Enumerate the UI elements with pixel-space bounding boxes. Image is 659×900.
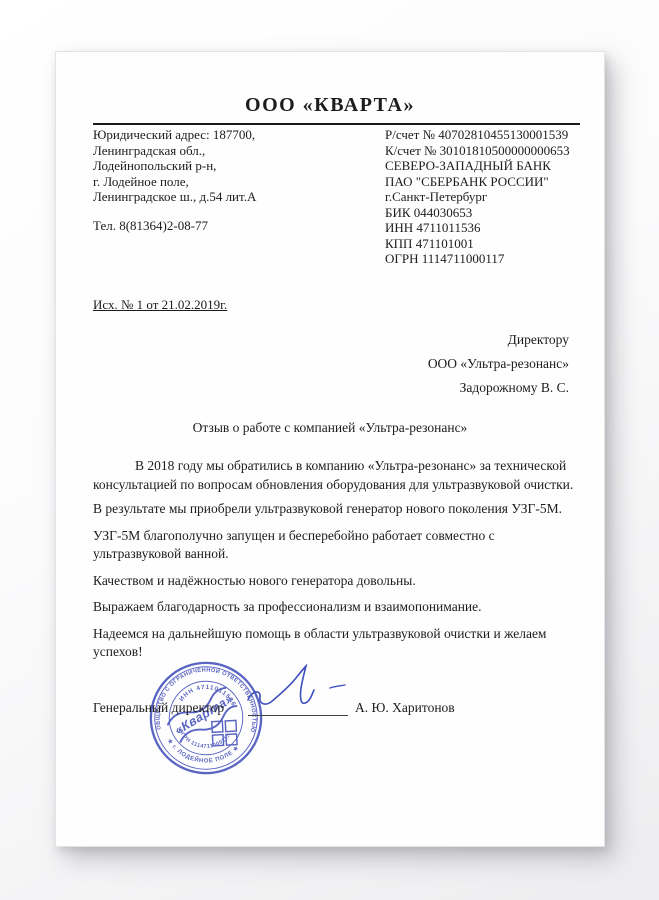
signatory-name: А. Ю. Харитонов xyxy=(355,700,455,716)
signature-section: ОБЩЕСТВО С ОГРАНИЧЕННОЙ ОТВЕТСТВЕННОСТЬЮ… xyxy=(93,652,581,837)
company-title: ООО «КВАРТА» xyxy=(56,94,604,117)
bank-detail-line: БИК 044030653 xyxy=(385,205,570,221)
logo-square xyxy=(225,720,236,731)
address-line: Ленинградская обл., xyxy=(93,143,256,159)
handwritten-signature xyxy=(241,662,355,714)
bank-detail-line: г.Санкт-Петербург xyxy=(385,189,570,205)
bank-detail-line: ОГРН 1114711000117 xyxy=(385,251,570,267)
addressee-line: ООО «Ультра-резонанс» xyxy=(428,352,569,376)
signatory-position: Генеральный директор xyxy=(93,700,224,716)
paragraph: Качеством и надёжностью нового генератор… xyxy=(93,572,581,591)
bank-details-block: Р/счет № 40702810455130001539 К/счет № 3… xyxy=(385,127,570,267)
legal-address-block: Юридический адрес: 187700, Ленинградская… xyxy=(93,127,256,233)
scanned-letter-canvas: { "page": { "company_title": "ООО «КВАРТ… xyxy=(0,0,659,900)
address-line: г. Лодейное поле, xyxy=(93,174,256,190)
address-line: Юридический адрес: 187700, xyxy=(93,127,256,143)
paragraph: В 2018 году мы обратились в компанию «Ул… xyxy=(93,457,581,494)
document-page: ООО «КВАРТА» Юридический адрес: 187700, … xyxy=(55,51,605,847)
bank-detail-line: СЕВЕРО-ЗАПАДНЫЙ БАНК xyxy=(385,158,570,174)
addressee-line: Директору xyxy=(428,328,569,352)
paragraph: УЗГ-5М благополучно запущен и бесперебой… xyxy=(93,527,581,564)
bank-detail-line: КПП 471101001 xyxy=(385,236,570,252)
signature-stroke xyxy=(248,666,314,704)
address-line: Лодейнопольский р-н, xyxy=(93,158,256,174)
bank-detail-line: Р/счет № 40702810455130001539 xyxy=(385,127,570,143)
address-line: Ленинградское ш., д.54 лит.А xyxy=(93,189,256,205)
bank-detail-line: К/счет № 30101810500000000653 xyxy=(385,143,570,159)
letter-body: В 2018 году мы обратились в компанию «Ул… xyxy=(93,457,581,670)
phone-line: Тел. 8(81364)2-08-77 xyxy=(93,218,256,234)
bank-detail-line: ИНН 4711011536 xyxy=(385,220,570,236)
letter-title: Отзыв о работе с компанией «Ультра-резон… xyxy=(56,420,604,436)
paragraph: В результате мы приобрели ультразвуковой… xyxy=(93,500,581,519)
bank-detail-line: ПАО "СБЕРБАНК РОССИИ" xyxy=(385,174,570,190)
paragraph: Выражаем благодарность за профессионализ… xyxy=(93,598,581,617)
addressee-line: Задорожному В. С. xyxy=(428,376,569,400)
outgoing-number: Исх. № 1 от 21.02.2019г. xyxy=(93,297,227,313)
signature-dash xyxy=(330,685,345,688)
header-divider xyxy=(93,123,580,125)
addressee-block: Директору ООО «Ультра-резонанс» Задорожн… xyxy=(428,328,569,400)
